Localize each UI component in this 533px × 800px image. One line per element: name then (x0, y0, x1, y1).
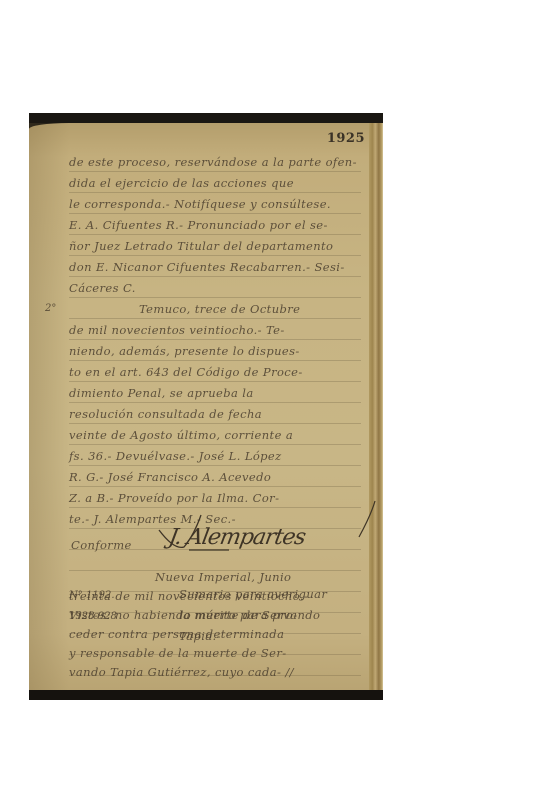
title-line: Tapia.- (179, 629, 221, 643)
scan-bottom-border (29, 690, 383, 700)
scanned-page: 1925 (29, 113, 383, 700)
record-reference: 1928-928 (69, 611, 117, 622)
title-line: la muerte de Servando (179, 608, 320, 622)
ledger-page: 1925 (29, 123, 383, 690)
record-number: N° 1192. (69, 590, 115, 601)
entry-3: N° 1192. 1928-928 Sumario para averiguar… (29, 123, 383, 690)
title-line: Sumario para averiguar (179, 587, 327, 601)
